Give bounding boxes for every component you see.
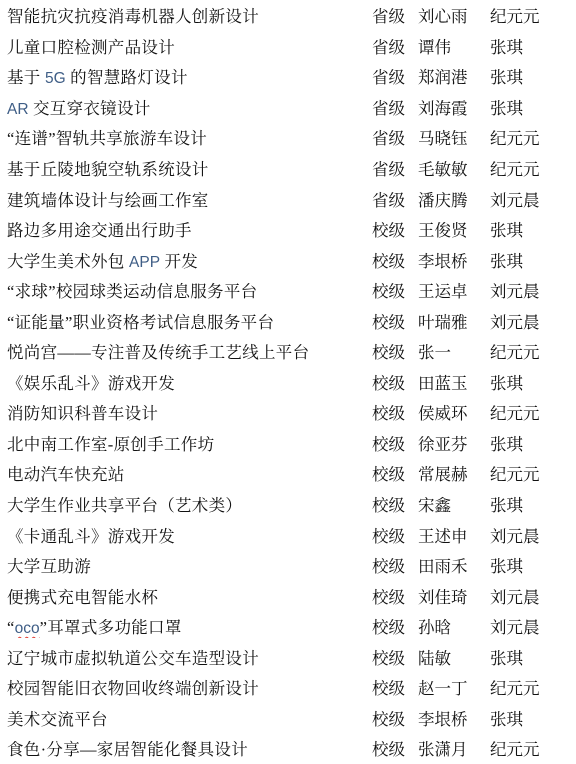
project-level-badge: 校级	[372, 584, 418, 608]
project-level-badge: 校级	[372, 553, 418, 577]
advisor-name: 纪元元	[490, 3, 566, 27]
table-row: 儿童口腔检测产品设计 省级 谭伟 张琪	[7, 31, 566, 62]
project-title: 建筑墙体设计与绘画工作室	[7, 187, 372, 211]
project-level-badge: 校级	[372, 370, 418, 394]
table-row: 食色·分享—家居智能化餐具设计 校级 张潇月 纪元元	[7, 733, 566, 764]
advisor-name: 张琪	[490, 645, 566, 669]
project-title: 大学生作业共享平台（艺术类）	[7, 492, 372, 516]
table-row: 辽宁城市虚拟轨道公交车造型设计 校级 陆敏 张琪	[7, 641, 566, 672]
project-title: “证能量”职业资格考试信息服务平台	[7, 309, 372, 333]
advisor-name: 纪元元	[490, 736, 566, 760]
student-name: 孙晗	[418, 614, 490, 638]
project-title: 智能抗灾抗疫消毒机器人创新设计	[7, 3, 372, 27]
advisor-name: 张琪	[490, 217, 566, 241]
table-row: 北中南工作室-原创手工作坊 校级 徐亚芬 张琪	[7, 428, 566, 459]
advisor-name: 张琪	[490, 706, 566, 730]
table-row: 消防知识科普车设计 校级 侯威环 纪元元	[7, 397, 566, 428]
project-title: “连谱”智轨共享旅游车设计	[7, 125, 372, 149]
advisor-name: 张琪	[490, 95, 566, 119]
student-name: 马晓钰	[418, 125, 490, 149]
student-name: 王运卓	[418, 278, 490, 302]
latin-text: APP	[129, 254, 160, 271]
student-name: 郑润港	[418, 64, 490, 88]
project-level-badge: 省级	[372, 156, 418, 180]
table-row: AR 交互穿衣镜设计 省级 刘海霞 张琪	[7, 92, 566, 123]
table-row: 大学生作业共享平台（艺术类） 校级 宋鑫 张琪	[7, 489, 566, 520]
student-name: 毛敏敏	[418, 156, 490, 180]
advisor-name: 纪元元	[490, 156, 566, 180]
advisor-name: 刘元晨	[490, 584, 566, 608]
project-level-badge: 校级	[372, 645, 418, 669]
table-row: “求球”校园球类运动信息服务平台 校级 王运卓 刘元晨	[7, 275, 566, 306]
student-name: 田蓝玉	[418, 370, 490, 394]
project-level-badge: 校级	[372, 400, 418, 424]
student-name: 田雨禾	[418, 553, 490, 577]
student-name: 王述申	[418, 523, 490, 547]
table-row: 《卡通乱斗》游戏开发 校级 王述申 刘元晨	[7, 519, 566, 550]
project-level-badge: 校级	[372, 431, 418, 455]
table-row: 电动汽车快充站 校级 常展赫 纪元元	[7, 458, 566, 489]
student-name: 刘佳琦	[418, 584, 490, 608]
project-level-badge: 省级	[372, 34, 418, 58]
project-title: 食色·分享—家居智能化餐具设计	[7, 736, 372, 760]
project-title: 辽宁城市虚拟轨道公交车造型设计	[7, 645, 372, 669]
student-name: 刘海霞	[418, 95, 490, 119]
project-level-badge: 校级	[372, 736, 418, 760]
student-name: 常展赫	[418, 461, 490, 485]
project-title: 大学互助游	[7, 553, 372, 577]
project-level-badge: 校级	[372, 461, 418, 485]
latin-text: AR	[7, 101, 29, 118]
project-level-badge: 校级	[372, 217, 418, 241]
student-name: 刘心雨	[418, 3, 490, 27]
advisor-name: 刘元晨	[490, 309, 566, 333]
table-row: “连谱”智轨共享旅游车设计 省级 马晓钰 纪元元	[7, 122, 566, 153]
project-level-badge: 校级	[372, 309, 418, 333]
advisor-name: 纪元元	[490, 461, 566, 485]
table-row: 美术交流平台 校级 李垠桥 张琪	[7, 703, 566, 734]
project-title: 美术交流平台	[7, 706, 372, 730]
table-row: 基于 5G 的智慧路灯设计 省级 郑润港 张琪	[7, 61, 566, 92]
project-title: “oco”耳罩式多功能口罩	[7, 614, 372, 638]
project-level-badge: 校级	[372, 492, 418, 516]
advisor-name: 张琪	[490, 64, 566, 88]
advisor-name: 刘元晨	[490, 187, 566, 211]
project-level-badge: 省级	[372, 64, 418, 88]
student-name: 李垠桥	[418, 248, 490, 272]
advisor-name: 刘元晨	[490, 523, 566, 547]
advisor-name: 刘元晨	[490, 614, 566, 638]
project-title: 便携式充电智能水杯	[7, 584, 372, 608]
project-title: “求球”校园球类运动信息服务平台	[7, 278, 372, 302]
student-name: 潘庆腾	[418, 187, 490, 211]
project-title: 儿童口腔检测产品设计	[7, 34, 372, 58]
table-row: 基于丘陵地貌空轨系统设计 省级 毛敏敏 纪元元	[7, 153, 566, 184]
project-title: 大学生美术外包 APP 开发	[7, 248, 372, 272]
table-row: 建筑墙体设计与绘画工作室 省级 潘庆腾 刘元晨	[7, 183, 566, 214]
advisor-name: 张琪	[490, 248, 566, 272]
advisor-name: 张琪	[490, 431, 566, 455]
project-level-badge: 校级	[372, 706, 418, 730]
project-title: 基于 5G 的智慧路灯设计	[7, 64, 372, 88]
latin-text: 5G	[45, 70, 66, 87]
advisor-name: 张琪	[490, 34, 566, 58]
student-name: 张潇月	[418, 736, 490, 760]
advisor-name: 刘元晨	[490, 278, 566, 302]
project-title: 电动汽车快充站	[7, 461, 372, 485]
advisor-name: 张琪	[490, 553, 566, 577]
advisor-name: 张琪	[490, 492, 566, 516]
table-row: “证能量”职业资格考试信息服务平台 校级 叶瑞雅 刘元晨	[7, 305, 566, 336]
advisor-name: 张琪	[490, 370, 566, 394]
project-list-document: 智能抗灾抗疫消毒机器人创新设计 省级 刘心雨 纪元元 儿童口腔检测产品设计 省级…	[0, 0, 576, 764]
project-level-badge: 校级	[372, 523, 418, 547]
project-level-badge: 省级	[372, 3, 418, 27]
student-name: 陆敏	[418, 645, 490, 669]
table-row: 《娱乐乱斗》游戏开发 校级 田蓝玉 张琪	[7, 367, 566, 398]
project-title: AR 交互穿衣镜设计	[7, 95, 372, 119]
project-title: 《卡通乱斗》游戏开发	[7, 523, 372, 547]
advisor-name: 纪元元	[490, 125, 566, 149]
advisor-name: 纪元元	[490, 400, 566, 424]
student-name: 王俊贤	[418, 217, 490, 241]
project-level-badge: 省级	[372, 95, 418, 119]
advisor-name: 纪元元	[490, 339, 566, 363]
project-level-badge: 校级	[372, 614, 418, 638]
student-name: 叶瑞雅	[418, 309, 490, 333]
student-name: 宋鑫	[418, 492, 490, 516]
project-title: 校园智能旧衣物回收终端创新设计	[7, 675, 372, 699]
student-name: 侯威环	[418, 400, 490, 424]
project-title: 北中南工作室-原创手工作坊	[7, 431, 372, 455]
project-level-badge: 校级	[372, 675, 418, 699]
student-name: 徐亚芬	[418, 431, 490, 455]
table-row: “oco”耳罩式多功能口罩 校级 孙晗 刘元晨	[7, 611, 566, 642]
table-row: 悦尚宫——专注普及传统手工艺线上平台 校级 张一 纪元元	[7, 336, 566, 367]
table-row: 智能抗灾抗疫消毒机器人创新设计 省级 刘心雨 纪元元	[7, 0, 566, 31]
project-level-badge: 校级	[372, 248, 418, 272]
table-row: 大学互助游 校级 田雨禾 张琪	[7, 550, 566, 581]
student-name: 张一	[418, 339, 490, 363]
project-title: 《娱乐乱斗》游戏开发	[7, 370, 372, 394]
project-level-badge: 校级	[372, 339, 418, 363]
student-name: 谭伟	[418, 34, 490, 58]
project-title: 基于丘陵地貌空轨系统设计	[7, 156, 372, 180]
project-table: 智能抗灾抗疫消毒机器人创新设计 省级 刘心雨 纪元元 儿童口腔检测产品设计 省级…	[7, 0, 566, 764]
project-level-badge: 校级	[372, 278, 418, 302]
project-title: 悦尚宫——专注普及传统手工艺线上平台	[7, 339, 372, 363]
table-row: 校园智能旧衣物回收终端创新设计 校级 赵一丁 纪元元	[7, 672, 566, 703]
project-title: 路边多用途交通出行助手	[7, 217, 372, 241]
student-name: 赵一丁	[418, 675, 490, 699]
project-title: 消防知识科普车设计	[7, 400, 372, 424]
project-level-badge: 省级	[372, 125, 418, 149]
latin-text: oco	[15, 620, 40, 637]
table-row: 便携式充电智能水杯 校级 刘佳琦 刘元晨	[7, 580, 566, 611]
advisor-name: 纪元元	[490, 675, 566, 699]
project-level-badge: 省级	[372, 187, 418, 211]
table-row: 路边多用途交通出行助手 校级 王俊贤 张琪	[7, 214, 566, 245]
student-name: 李垠桥	[418, 706, 490, 730]
table-row: 大学生美术外包 APP 开发 校级 李垠桥 张琪	[7, 244, 566, 275]
